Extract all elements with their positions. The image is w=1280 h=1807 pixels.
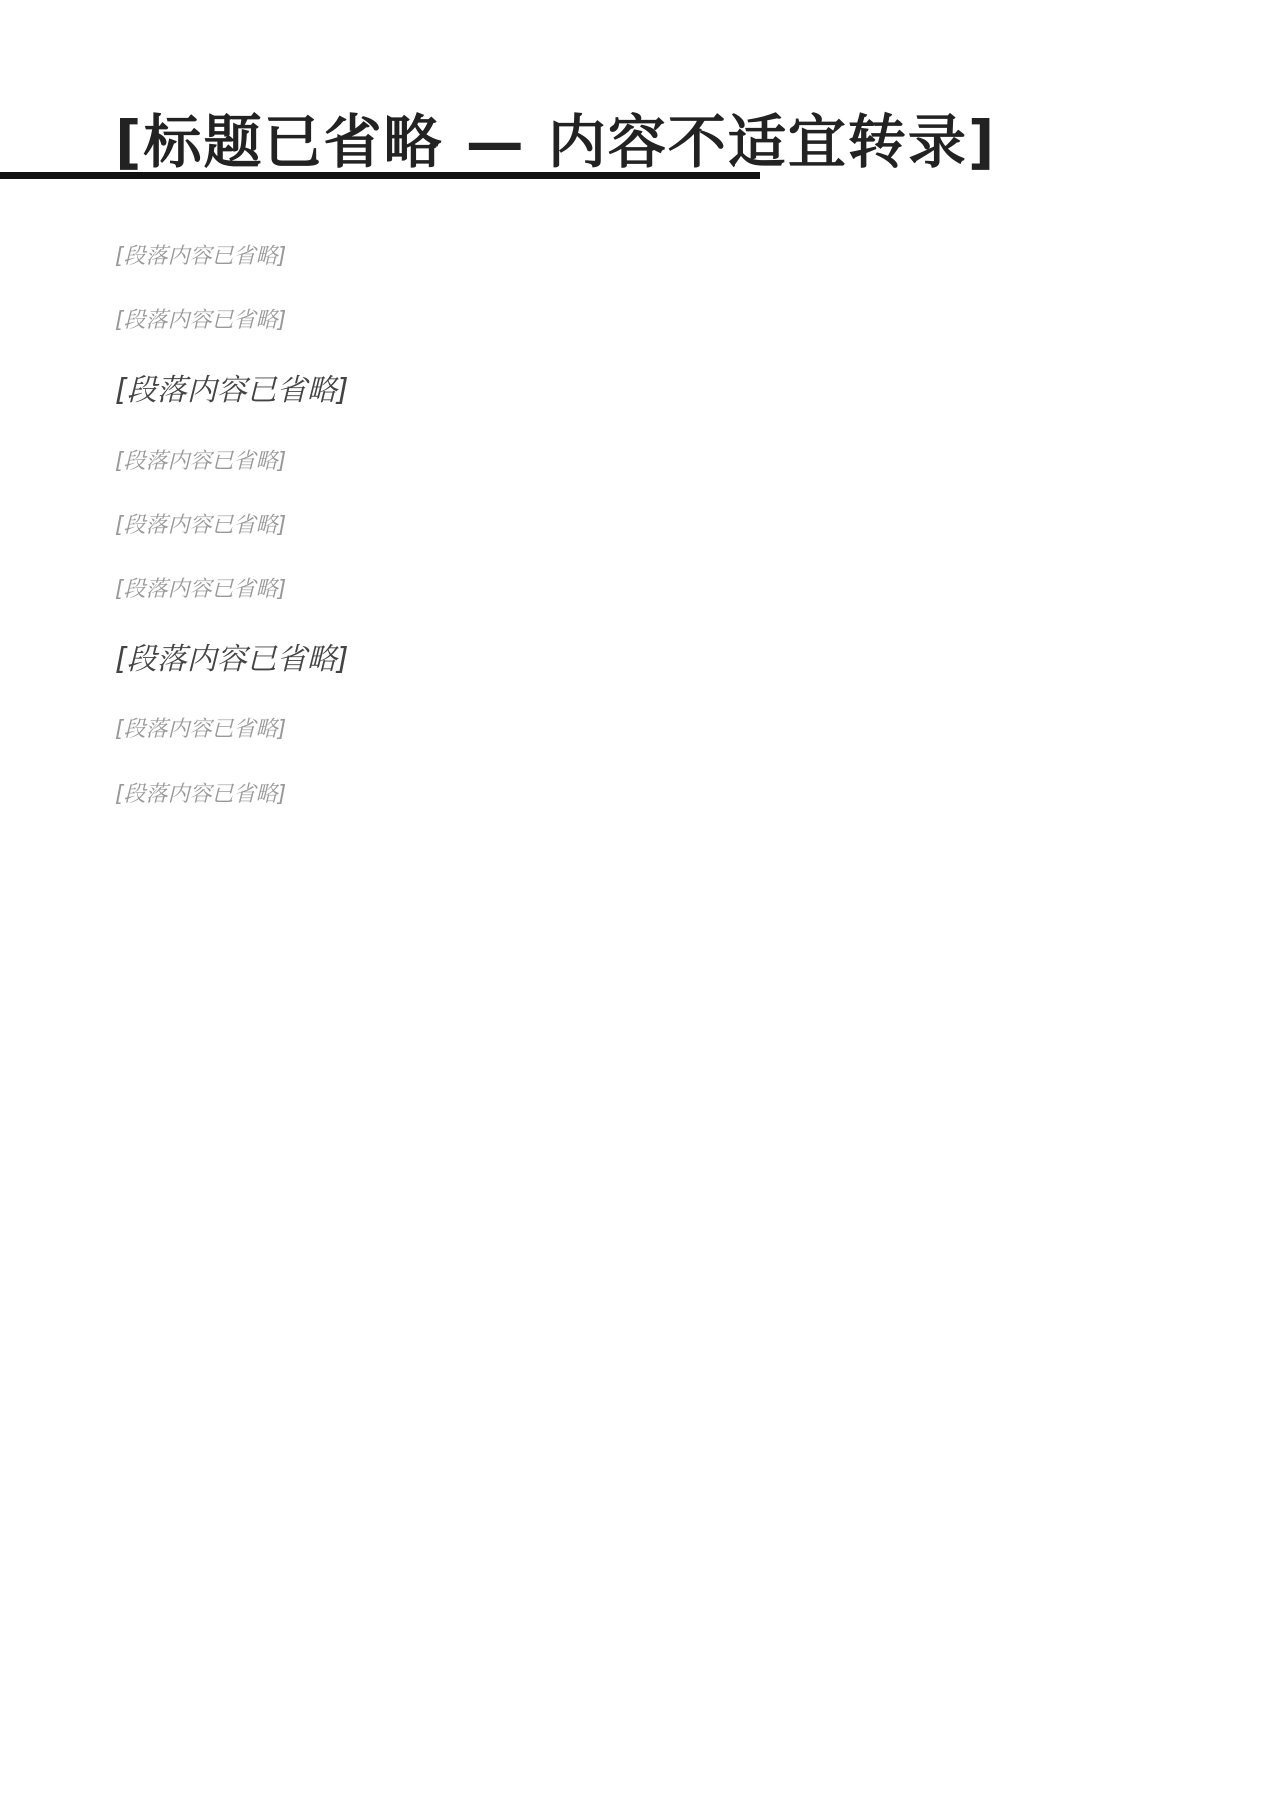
- body-text: [段落内容已省略][段落内容已省略][段落内容已省略][段落内容已省略][段落内…: [115, 240, 1175, 842]
- document-page: [标题已省略 — 内容不适宜转录] [段落内容已省略][段落内容已省略][段落内…: [0, 0, 1280, 1807]
- paragraph-4: [段落内容已省略]: [115, 445, 1175, 479]
- paragraph-1: [段落内容已省略]: [115, 240, 1175, 274]
- paragraph-7: [段落内容已省略]: [115, 637, 1175, 684]
- paragraph-9: [段落内容已省略]: [115, 778, 1175, 812]
- paragraph-6: [段落内容已省略]: [115, 573, 1175, 607]
- page-title: [标题已省略 — 内容不适宜转录]: [115, 95, 996, 179]
- title-block: [标题已省略 — 内容不适宜转录]: [115, 95, 996, 179]
- paragraph-5: [段落内容已省略]: [115, 509, 1175, 543]
- paragraph-8: [段落内容已省略]: [115, 713, 1175, 747]
- paragraph-2: [段落内容已省略]: [115, 304, 1175, 338]
- paragraph-3: [段落内容已省略]: [115, 368, 1175, 415]
- title-underline: [0, 172, 760, 179]
